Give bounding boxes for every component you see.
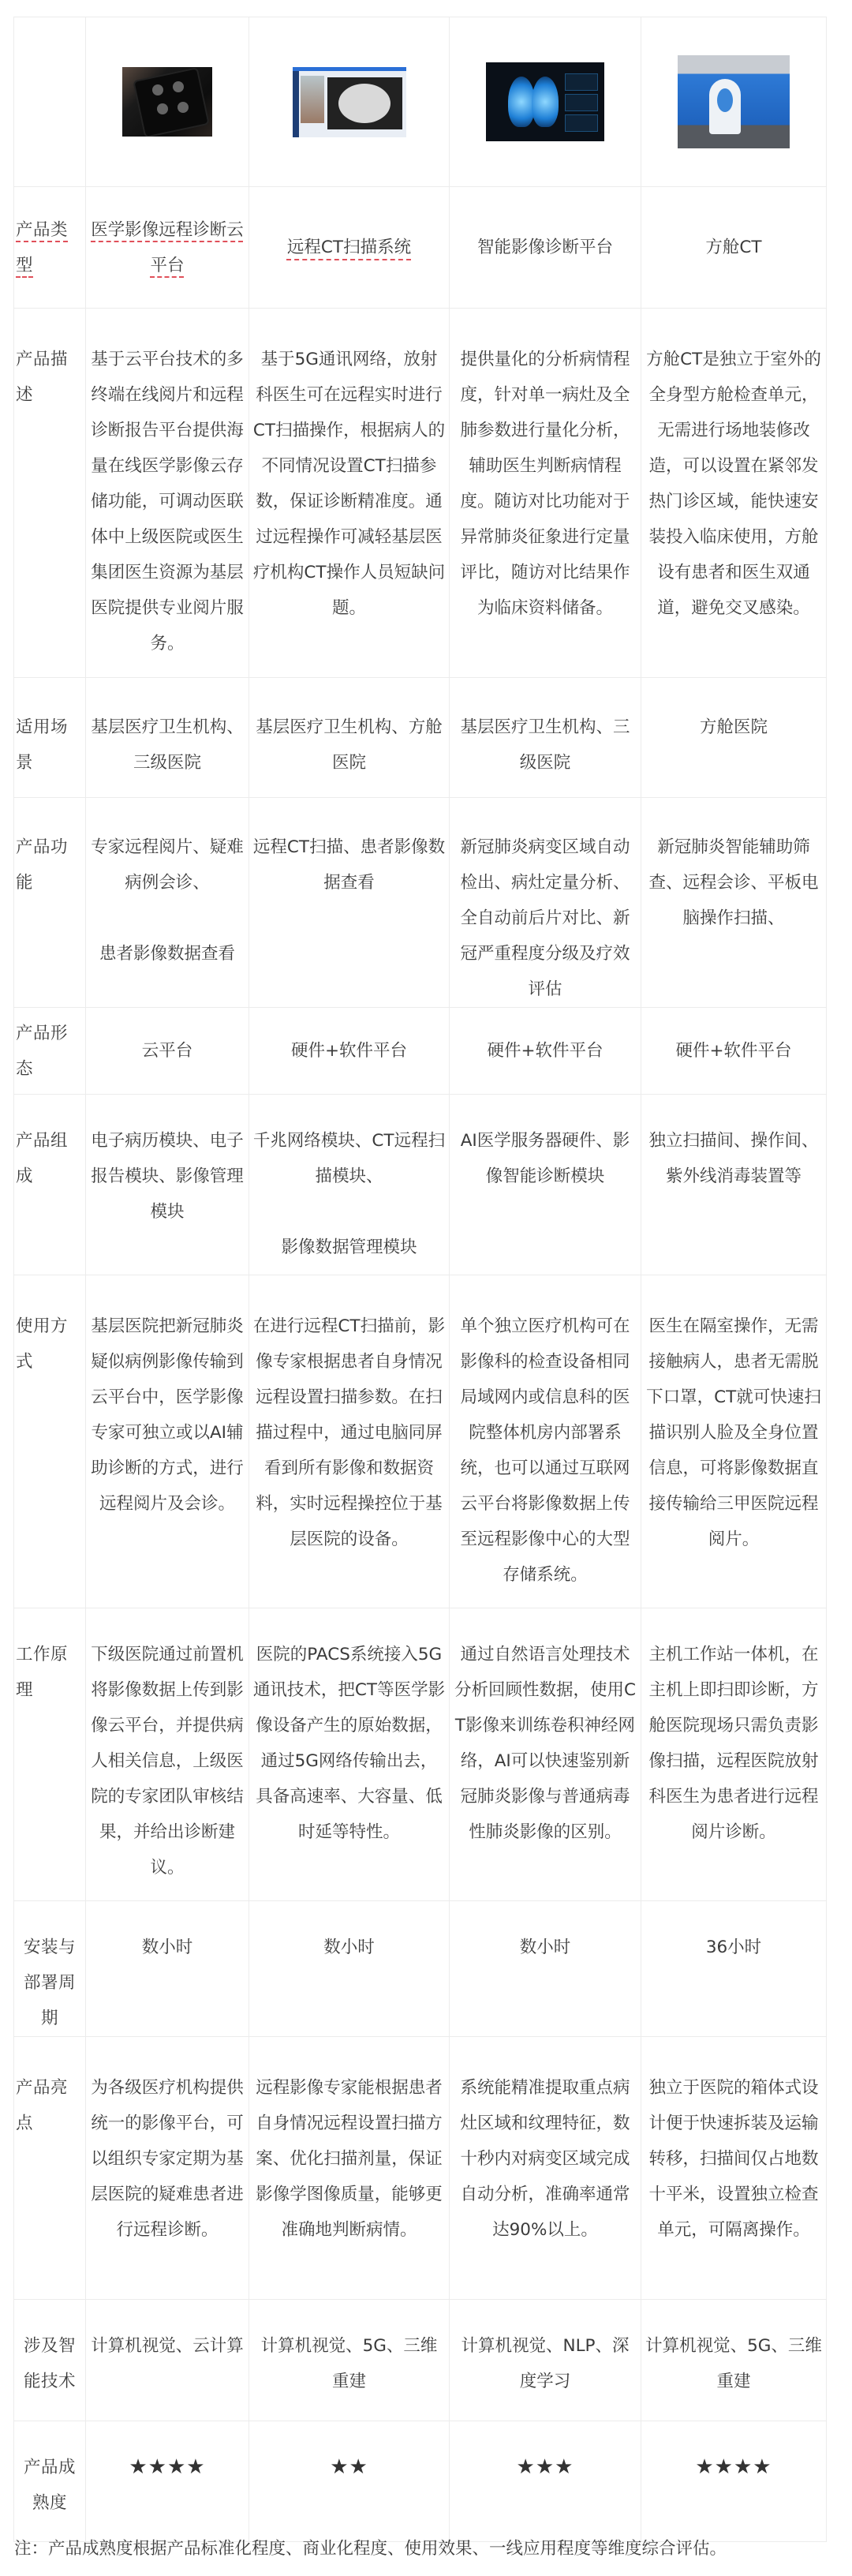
table-row-highlights: 产品亮点 为各级医疗机构提供统一的影像平台，可以组织专家定期为基层医院的疑难患者…	[14, 2037, 827, 2300]
table-cell: 基层医院把新冠肺炎疑似病例影像传输到云平台中，医学影像专家可独立或以AI辅助诊断…	[86, 1275, 249, 1608]
product-image-cell	[249, 17, 450, 187]
row-label: 产品组成	[14, 1095, 86, 1275]
table-cell: 新冠肺炎病变区域自动检出、病灶定量分析、全自动前后片对比、新冠严重程度分级及疗效…	[450, 798, 641, 1008]
table-cell: 硬件+软件平台	[641, 1008, 827, 1095]
table-cell: 主机工作站一体机，在主机上即扫即诊断，方舱医院现场只需负责影像扫描，远程医院放射…	[641, 1608, 827, 1901]
table-cell: 在进行远程CT扫描前，影像专家根据患者自身情况远程设置扫描参数。在扫描过程中，通…	[249, 1275, 450, 1608]
table-cell: 医院的PACS系统接入5G通讯技术，把CT等医学影像设备产生的原始数据，通过5G…	[249, 1608, 450, 1901]
table-row-function: 产品功能 专家远程阅片、疑难病例会诊、 患者影像数据查看 远程CT扫描、患者影像…	[14, 798, 827, 1008]
table-cell: 云平台	[86, 1008, 249, 1095]
star-rating-icon: ★★★	[517, 2455, 574, 2479]
table-cell: 硬件+软件平台	[249, 1008, 450, 1095]
table-cell: 基层医疗卫生机构、三级医院	[86, 678, 249, 798]
maturity-rating: ★★★	[450, 2421, 641, 2542]
table-cell: 远程CT扫描系统	[249, 187, 450, 309]
table-row-deploy-cycle: 安装与部署周期 数小时 数小时 数小时 36小时	[14, 1901, 827, 2037]
table-cell: 计算机视觉、5G、三维重建	[641, 2300, 827, 2421]
table-cell: 数小时	[86, 1901, 249, 2037]
row-label: 产品描述	[14, 309, 86, 678]
table-cell: 远程CT扫描、患者影像数据查看	[249, 798, 450, 1008]
table-row-technologies: 涉及智能技术 计算机视觉、云计算 计算机视觉、5G、三维重建 计算机视觉、NLP…	[14, 2300, 827, 2421]
table-cell: 远程影像专家能根据患者自身情况远程设置扫描方案、优化扫描剂量，保证影像学图像质量…	[249, 2037, 450, 2300]
table-cell: 基层医疗卫生机构、方舱医院	[249, 678, 450, 798]
table-cell: 独立扫描间、操作间、紫外线消毒装置等	[641, 1095, 827, 1275]
table-cell: 计算机视觉、5G、三维重建	[249, 2300, 450, 2421]
table-cell: 计算机视觉、NLP、深度学习	[450, 2300, 641, 2421]
table-cell: 通过自然语言处理技术分析回顾性数据，使用CT影像来训练卷积神经网络，AI可以快速…	[450, 1608, 641, 1901]
table-row-scenario: 适用场景 基层医疗卫生机构、三级医院 基层医疗卫生机构、方舱医院 基层医疗卫生机…	[14, 678, 827, 798]
table-cell: AI医学服务器硬件、影像智能诊断模块	[450, 1095, 641, 1275]
table-row-maturity: 产品成熟度 ★★★★ ★★ ★★★ ★★★★	[14, 2421, 827, 2542]
table-row-form: 产品形态 云平台 硬件+软件平台 硬件+软件平台 硬件+软件平台	[14, 1008, 827, 1095]
row-label: 产品类型	[14, 187, 86, 309]
table-cell: 数小时	[450, 1901, 641, 2037]
table-row-composition: 产品组成 电子病历模块、电子报告模块、影像管理模块 千兆网络模块、CT远程扫描模…	[14, 1095, 827, 1275]
table-cell: 医学影像远程诊断云平台	[86, 187, 249, 309]
table-row-usage: 使用方式 基层医院把新冠肺炎疑似病例影像传输到云平台中，医学影像专家可独立或以A…	[14, 1275, 827, 1608]
table-cell: 基于5G通讯网络，放射科医生可在远程实时进行CT扫描操作，根据病人的不同情况设置…	[249, 309, 450, 678]
table-cell: 下级医院通过前置机将影像数据上传到影像云平台，并提供病人相关信息，上级医院的专家…	[86, 1608, 249, 1901]
product-image-cell	[450, 17, 641, 187]
star-rating-icon: ★★★★	[695, 2455, 772, 2479]
star-rating-icon: ★★	[330, 2455, 368, 2479]
corner-cell	[14, 17, 86, 187]
star-rating-icon: ★★★★	[129, 2455, 205, 2479]
table-cell: 36小时	[641, 1901, 827, 2037]
table-cell: 方舱CT是独立于室外的全身型方舱检查单元，无需进行场地装修改造，可以设置在紧邻发…	[641, 309, 827, 678]
mobile-ct-cabin-photo	[678, 55, 790, 148]
row-label: 涉及智能技术	[14, 2300, 86, 2421]
table-cell: 方舱CT	[641, 187, 827, 309]
row-label: 产品功能	[14, 798, 86, 1008]
table-cell: 计算机视觉、云计算	[86, 2300, 249, 2421]
row-label: 产品亮点	[14, 2037, 86, 2300]
tablet-medical-imaging-photo	[122, 67, 212, 137]
table-cell: 电子病历模块、电子报告模块、影像管理模块	[86, 1095, 249, 1275]
table-cell: 智能影像诊断平台	[450, 187, 641, 309]
table-cell: 千兆网络模块、CT远程扫描模块、 影像数据管理模块	[249, 1095, 450, 1275]
product-image-cell	[86, 17, 249, 187]
footnote: 注：产品成熟度根据产品标准化程度、商业化程度、使用效果、一线应用程度等维度综合评…	[14, 2535, 727, 2559]
row-label: 产品形态	[14, 1008, 86, 1095]
table-cell: 新冠肺炎智能辅助筛查、远程会诊、平板电脑操作扫描、	[641, 798, 827, 1008]
table-cell: 为各级医疗机构提供统一的影像平台，可以组织专家定期为基层医院的疑难患者进行远程诊…	[86, 2037, 249, 2300]
row-label: 使用方式	[14, 1275, 86, 1608]
table-cell: 医生在隔室操作，无需接触病人，患者无需脱下口罩，CT就可快速扫描识别人脸及全身位…	[641, 1275, 827, 1608]
row-label: 安装与部署周期	[14, 1901, 86, 2037]
image-row	[14, 17, 827, 187]
table-cell: 系统能精准提取重点病灶区域和纹理特征，数十秒内对病变区域完成自动分析，准确率通常…	[450, 2037, 641, 2300]
maturity-rating: ★★	[249, 2421, 450, 2542]
table-row-description: 产品描述 基于云平台技术的多终端在线阅片和远程诊断报告平台提供海量在线医学影像云…	[14, 309, 827, 678]
table-row-principle: 工作原理 下级医院通过前置机将影像数据上传到影像云平台，并提供病人相关信息，上级…	[14, 1608, 827, 1901]
product-image-cell	[641, 17, 827, 187]
table-cell: 提供量化的分析病情程度，针对单一病灶及全肺参数进行量化分析，辅助医生判断病情程度…	[450, 309, 641, 678]
row-label: 适用场景	[14, 678, 86, 798]
remote-ct-scan-software-screenshot	[293, 67, 406, 137]
product-comparison-table: 产品类型 医学影像远程诊断云平台 远程CT扫描系统 智能影像诊断平台 方舱CT …	[13, 17, 827, 2542]
table-cell: 数小时	[249, 1901, 450, 2037]
table-cell: 硬件+软件平台	[450, 1008, 641, 1095]
lung-ai-diagnosis-screenshot	[486, 62, 604, 141]
table-cell: 单个独立医疗机构可在影像科的检查设备相同局域网内或信息科的医院整体机房内部署系统…	[450, 1275, 641, 1608]
table-cell: 基层医疗卫生机构、三级医院	[450, 678, 641, 798]
table-cell: 独立于医院的箱体式设计便于快速拆装及运输转移，扫描间仅占地数十平米，设置独立检查…	[641, 2037, 827, 2300]
table-row-product-type: 产品类型 医学影像远程诊断云平台 远程CT扫描系统 智能影像诊断平台 方舱CT	[14, 187, 827, 309]
maturity-rating: ★★★★	[641, 2421, 827, 2542]
table-cell: 专家远程阅片、疑难病例会诊、 患者影像数据查看	[86, 798, 249, 1008]
row-label: 产品成熟度	[14, 2421, 86, 2542]
row-label: 工作原理	[14, 1608, 86, 1901]
maturity-rating: ★★★★	[86, 2421, 249, 2542]
table-cell: 基于云平台技术的多终端在线阅片和远程诊断报告平台提供海量在线医学影像云存储功能，…	[86, 309, 249, 678]
table-cell: 方舱医院	[641, 678, 827, 798]
